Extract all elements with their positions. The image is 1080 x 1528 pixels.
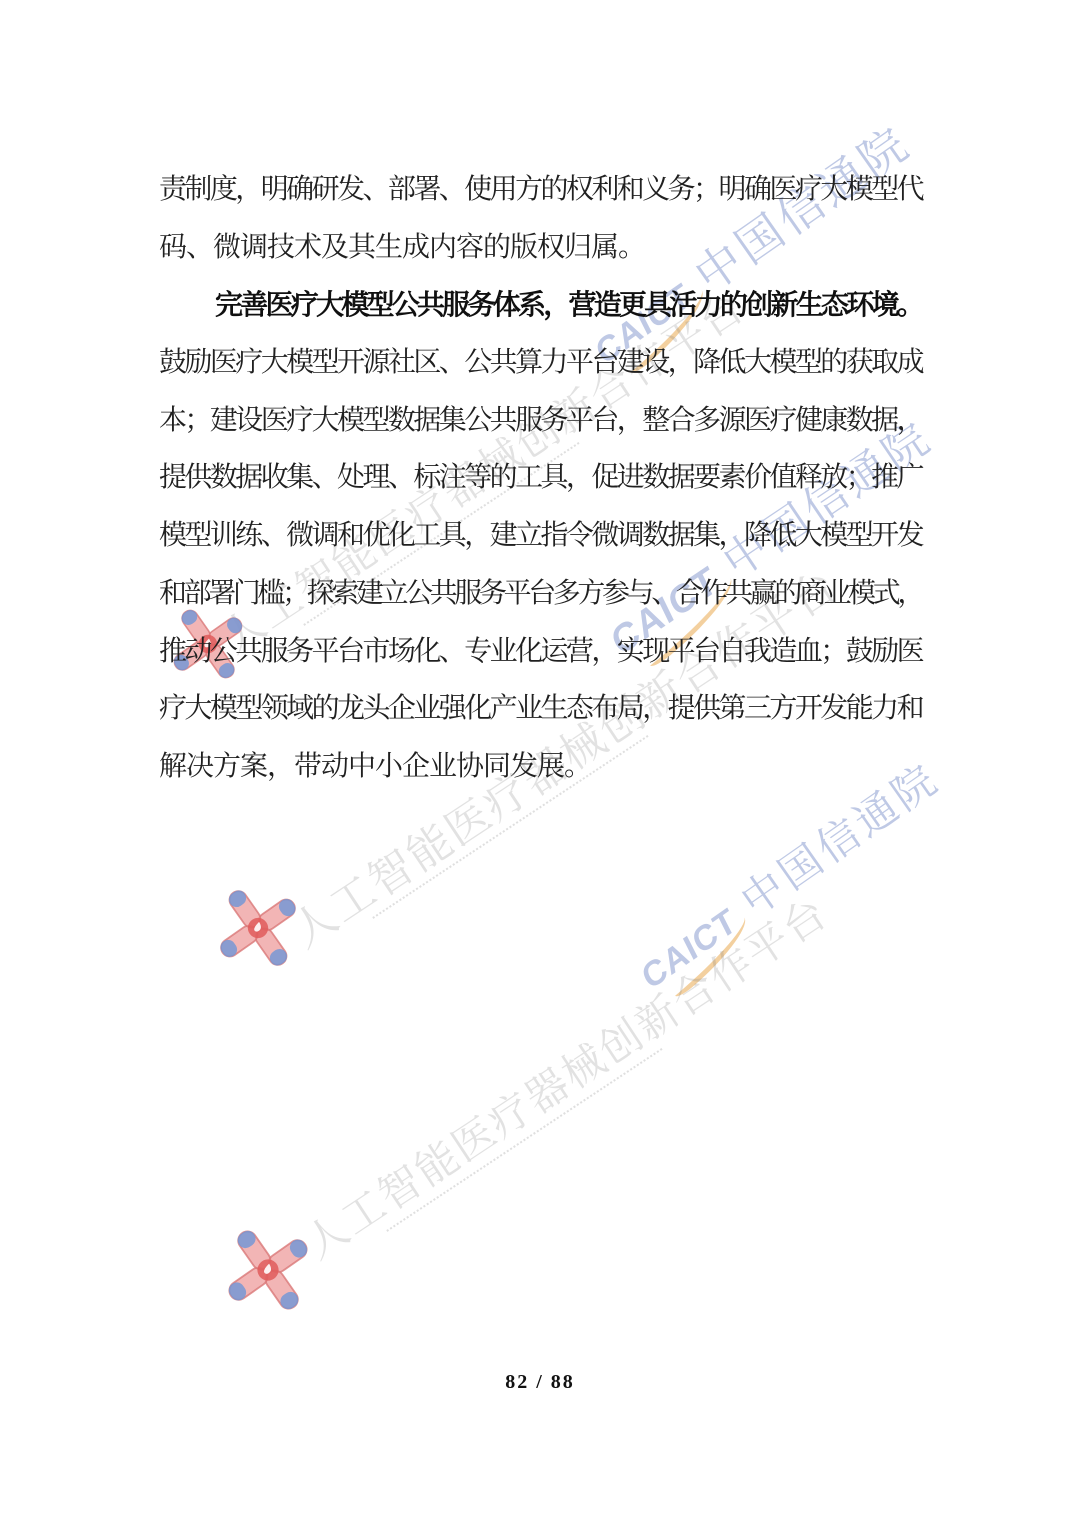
lead-sentence-line: 完善医疗大模型公共服务体系，营造更具活力的创新生态环境。 — [159, 276, 922, 334]
platform-cross-icon — [222, 1224, 314, 1316]
page-number: 82 / 88 — [0, 1371, 1080, 1394]
text-line: 责制度，明确研发、部署、使用方的权利和义务；明确医疗大模型代 — [159, 161, 922, 219]
body-text: 责制度，明确研发、部署、使用方的权利和义务；明确医疗大模型代码、微调技术及其生成… — [159, 161, 922, 796]
text-line: 码、微调技术及其生成内容的版权归属。 — [159, 219, 922, 277]
text-line: 解决方案，带动中小企业协同发展。 — [159, 738, 922, 796]
text-line: 模型训练、微调和优化工具，建立指令微调数据集，降低大模型开发 — [159, 507, 922, 565]
platform-watermark: 人工智能医疗器械创新合作平台 — [293, 883, 838, 1270]
text-line: 疗大模型领域的龙头企业强化产业生态布局，提供第三方开发能力和 — [159, 680, 922, 738]
platform-watermark-subtext-line — [386, 1048, 662, 1232]
caict-swoosh-icon — [663, 913, 756, 1000]
text-line: 推动公共服务平台市场化、专业化运营，实现平台自我造血；鼓励医 — [159, 623, 922, 681]
platform-watermark-text: 人工智能医疗器械创新合作平台 — [291, 881, 838, 1271]
document-page: CAICT 中国信通院 CAICT 中国信通院 CAICT 中国信通院 人工智能… — [0, 0, 1080, 1528]
platform-cross-icon — [214, 884, 302, 972]
text-line: 提供数据收集、处理、标注等的工具，促进数据要素价值释放；推广 — [159, 449, 922, 507]
text-line: 和部署门槛；探索建立公共服务平台多方参与、合作共赢的商业模式， — [159, 565, 922, 623]
text-line: 鼓励医疗大模型开源社区、公共算力平台建设，降低大模型的获取成 — [159, 334, 922, 392]
caict-wordmark: CAICT — [636, 900, 743, 998]
text-line: 本；建设医疗大模型数据集公共服务平台，整合多源医疗健康数据， — [159, 392, 922, 450]
